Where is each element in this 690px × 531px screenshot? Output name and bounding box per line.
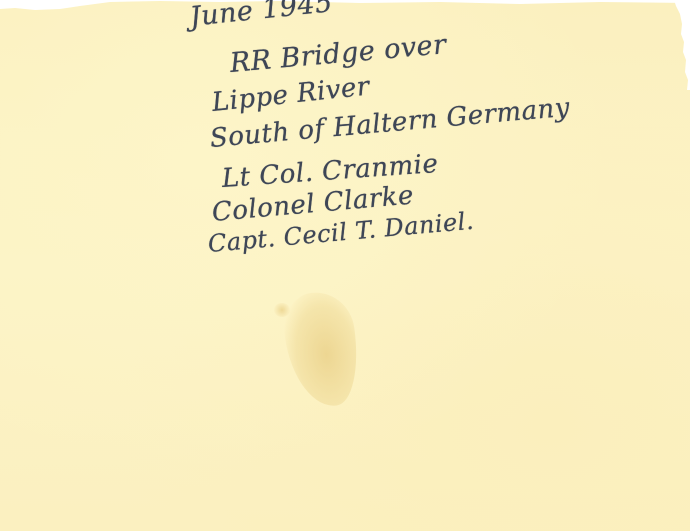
water-stain — [279, 288, 364, 412]
deckled-right-edge — [666, 0, 690, 90]
inscription-date: June 1945 — [188, 0, 334, 33]
deckled-top-edge — [0, 0, 690, 14]
photo-back-paper: June 1945 RR Bridge over Lippe River Sou… — [0, 0, 690, 531]
inscription-line-bridge: RR Bridge over — [229, 29, 448, 79]
stain-spot — [274, 303, 290, 317]
